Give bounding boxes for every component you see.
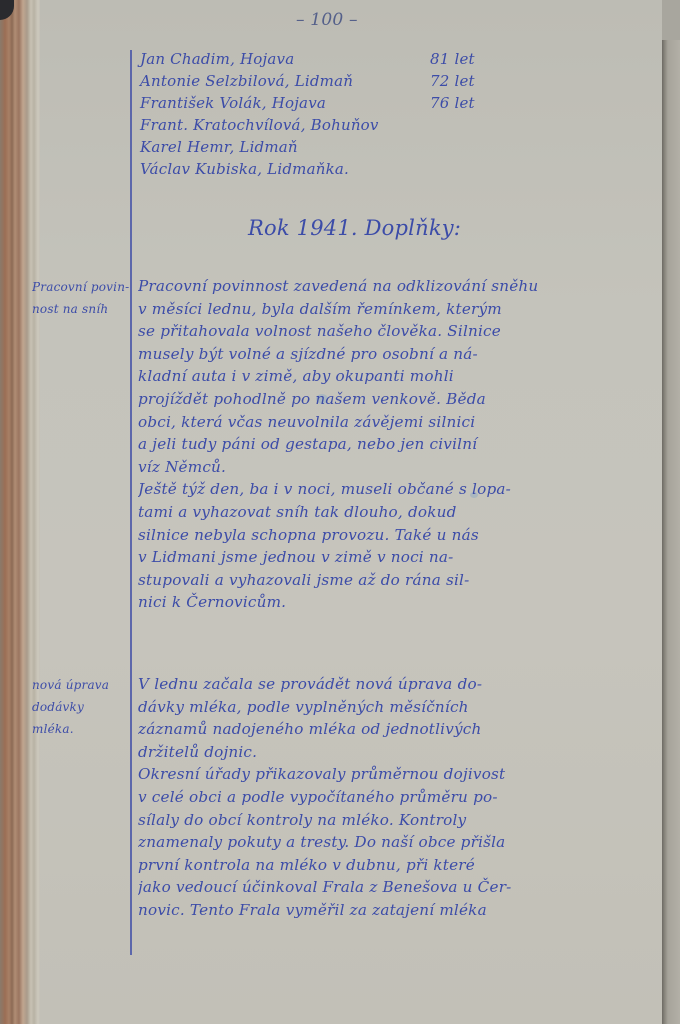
list-item: Antonie Selzbilová, Lidmaň 72 let [140,70,500,92]
text-line: v celé obci a podle vypočítaného průměru… [138,786,668,809]
margin-note-snow-duty: Pracovní povin- nost na sníh [32,276,132,320]
text-line: obci, která včas neuvolnila závějemi sil… [138,411,668,434]
text-line: se přitahovala volnost našeho člověka. S… [138,320,668,343]
section-title: Rok 1941. Doplňky: [248,216,461,240]
list-item: Karel Hemr, Lidmaň [140,136,500,158]
margin-note-line: nová úprava [32,674,132,696]
text-line: a jeli tudy páni od gestapa, nebo jen ci… [138,433,668,456]
margin-note-line: nost na sníh [32,298,132,320]
person-age: 72 let [430,70,475,92]
text-line: silnice nebyla schopna provozu. Také u n… [138,524,668,547]
text-line: v měsíci lednu, byla dalším řemínkem, kt… [138,298,668,321]
margin-note-line: mléka. [32,718,132,740]
text-line: jako vedoucí účinkoval Frala z Benešova … [138,876,668,899]
text-line: projíždět pohodlně po našem venkově. Běd… [138,388,668,411]
person-name: Karel Hemr, Lidmaň [140,138,298,156]
margin-note-line: dodávky [32,696,132,718]
text-line: v Lidmani jsme jednou v zimě v noci na- [138,546,668,569]
text-line: dávky mléka, podle vyplněných měsíčních [138,696,668,719]
list-item: Václav Kubiska, Lidmaňka. [140,158,500,180]
text-line: znamenaly pokuty a tresty. Do naší obce … [138,831,668,854]
margin-rule-line [130,50,132,955]
text-line: stupovali a vyhazovali jsme až do rána s… [138,569,668,592]
list-item: Jan Chadim, Hojava 81 let [140,48,500,70]
text-line: víz Němců. [138,456,668,479]
book-binding-edge [0,0,40,1024]
list-item: František Volák, Hojava 76 let [140,92,500,114]
text-line: musely být volné a sjízdné pro osobní a … [138,343,668,366]
margin-note-line: Pracovní povin- [32,276,132,298]
person-name: Antonie Selzbilová, Lidmaň [140,72,353,90]
person-name: Václav Kubiska, Lidmaňka. [140,160,349,178]
person-age: 76 let [430,92,475,114]
person-name: Jan Chadim, Hojava [140,50,294,68]
list-item: Frant. Kratochvílová, Bohuňov [140,114,500,136]
text-line: novic. Tento Frala vyměřil za zatajení m… [138,899,668,922]
text-line: Pracovní povinnost zavedená na odklizová… [138,275,668,298]
text-line: sílaly do obcí kontroly na mléko. Kontro… [138,809,668,832]
text-line: nici k Černovicům. [138,591,668,614]
page-corner [662,0,680,40]
person-name: František Volák, Hojava [140,94,326,112]
text-line: V lednu začala se provádět nová úprava d… [138,673,668,696]
text-line: záznamů nadojeného mléka od jednotlivých [138,718,668,741]
paragraph-snow-duty: Pracovní povinnost zavedená na odklizová… [138,275,668,614]
text-line: Okresní úřady přikazovaly průměrnou doji… [138,763,668,786]
deceased-people-list: Jan Chadim, Hojava 81 let Antonie Selzbi… [140,48,500,180]
text-line: kladní auta i v zimě, aby okupanti mohli [138,365,668,388]
text-line: držitelů dojnic. [138,741,668,764]
person-age: 81 let [430,48,475,70]
paragraph-milk-delivery: V lednu začala se provádět nová úprava d… [138,673,668,922]
person-name: Frant. Kratochvílová, Bohuňov [140,116,379,134]
margin-note-milk-delivery: nová úprava dodávky mléka. [32,674,132,740]
text-line: první kontrola na mléko v dubnu, při kte… [138,854,668,877]
page-number: – 100 – [296,10,358,30]
text-line: tami a vyhazovat sníh tak dlouho, dokud [138,501,668,524]
text-line: Ještě týž den, ba i v noci, museli občan… [138,478,668,501]
